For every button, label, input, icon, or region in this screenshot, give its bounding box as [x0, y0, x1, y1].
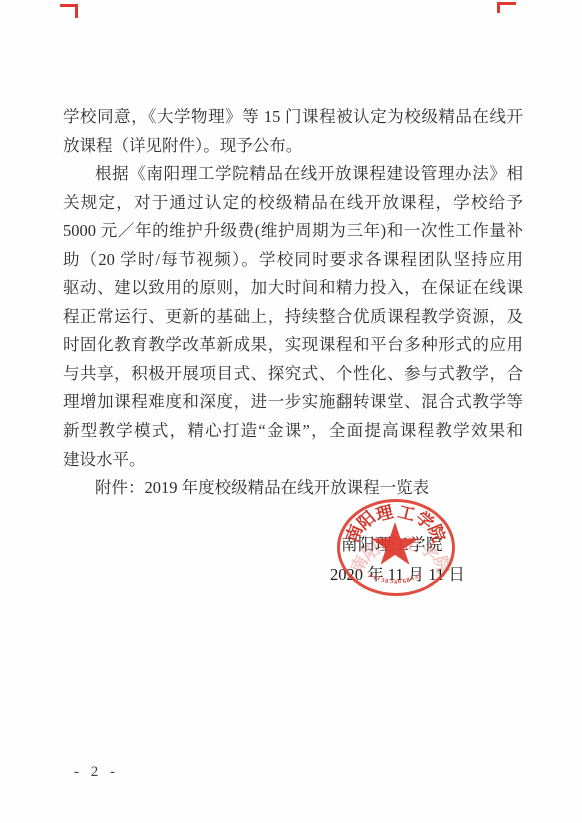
body-line: 驱动、建以致用的原则，加大时间和精力投入，在保证在线课 — [63, 274, 523, 303]
document-page: 学校同意，《大学物理》等 15 门课程被认定为校级精品在线开放课程（详见附件）。… — [0, 0, 582, 823]
seal-arc-char: 院 — [431, 554, 452, 575]
body-line: 与共享，积极开展项目式、探究式、个性化、参与式教学，合 — [63, 360, 523, 389]
body-line: 助（20 学时/每节视频）。学校同时要求各课程团队坚持应用 — [63, 246, 523, 275]
body-line: 程正常运行、更新的基础上，持续整合优质课程教学资源，及 — [63, 303, 523, 332]
body-line: 建设水平。 — [63, 446, 523, 475]
page-number: - 2 - — [74, 764, 119, 781]
body-line: 新型教学模式，精心打造“金课”，全面提高课程教学效果和 — [63, 417, 523, 446]
official-seal: 南阳理工学院 南阳理工学院 4113034668437 — [337, 499, 455, 596]
red-scan-mark-left — [60, 4, 78, 19]
body-line: 放课程（详见附件）。现予公布。 — [63, 132, 523, 161]
body-line: 理增加课程难度和深度，进一步实施翻转课堂、混合式教学等 — [63, 388, 523, 417]
body-text: 学校同意，《大学物理》等 15 门课程被认定为校级精品在线开放课程（详见附件）。… — [63, 103, 523, 503]
body-line: 关规定，对于通过认定的校级精品在线开放课程，学校给予 — [63, 189, 523, 218]
body-line: 5000 元／年的维护升级费(维护周期为三年)和一次性工作量补 — [63, 217, 523, 246]
body-line: 学校同意，《大学物理》等 15 门课程被认定为校级精品在线开 — [63, 103, 523, 132]
body-line: 时固化教育教学改革新成果，实现课程和平台多种形式的应用 — [63, 331, 523, 360]
red-scan-mark-right — [497, 2, 516, 14]
body-line: 根据《南阳理工学院精品在线开放课程建设管理办法》相 — [63, 160, 523, 189]
